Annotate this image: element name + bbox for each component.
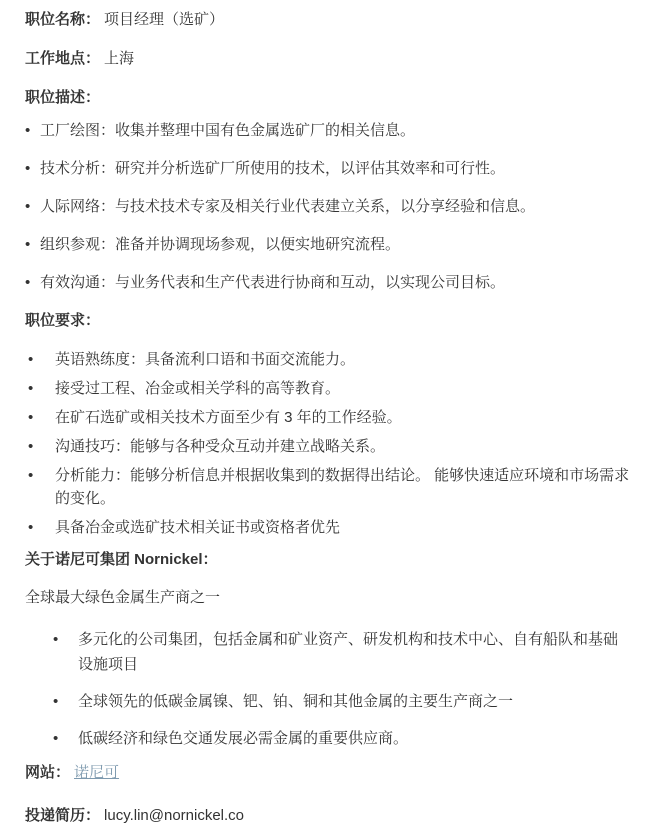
about-heading: 关于诺尼可集团 Nornickel： (25, 550, 632, 570)
bullet-icon: • (25, 121, 30, 141)
list-item: •在矿石选矿或相关技术方面至少有 3 年的工作经验。 (25, 406, 632, 429)
list-item-text: 分析能力：能够分析信息并根据收集到的数据得出结论。 能够快速适应环境和市场需求的… (55, 467, 629, 507)
website-row: 网站：诺尼可 (25, 763, 632, 783)
list-item-text: 全球领先的低碳金属镍、钯、铂、铜和其他金属的主要生产商之一 (78, 693, 513, 710)
website-link[interactable]: 诺尼可 (74, 764, 119, 781)
list-item-text: 有效沟通：与业务代表和生产代表进行协商和互动，以实现公司目标。 (40, 274, 505, 291)
bullet-icon: • (53, 726, 58, 751)
list-item: •工厂绘图：收集并整理中国有色金属选矿厂的相关信息。 (25, 121, 632, 141)
list-item: •接受过工程、冶金或相关学科的高等教育。 (25, 377, 632, 400)
list-item-text: 组织参观：准备并协调现场参观，以便实地研究流程。 (40, 236, 400, 253)
list-item-text: 在矿石选矿或相关技术方面至少有 3 年的工作经验。 (55, 409, 402, 426)
description-list: •工厂绘图：收集并整理中国有色金属选矿厂的相关信息。 •技术分析：研究并分析选矿… (25, 121, 632, 293)
requirements-heading: 职位要求： (25, 311, 632, 331)
list-item-text: 低碳经济和绿色交通发展必需金属的重要供应商。 (78, 730, 408, 747)
bullet-icon: • (28, 348, 33, 371)
list-item: •多元化的公司集团，包括金属和矿业资产、研发机构和技术中心、自有船队和基础设施项… (25, 627, 632, 677)
about-intro: 全球最大绿色金属生产商之一 (25, 588, 632, 608)
list-item-text: 沟通技巧：能够与各种受众互动并建立战略关系。 (55, 438, 385, 455)
website-label: 网站： (25, 764, 70, 781)
bullet-icon: • (53, 627, 58, 652)
list-item: •全球领先的低碳金属镍、钯、铂、铜和其他金属的主要生产商之一 (25, 689, 632, 714)
bullet-icon: • (25, 159, 30, 179)
location-label: 工作地点： (25, 50, 100, 67)
list-item: •具备冶金或选矿技术相关证书或资格者优先 (25, 516, 632, 539)
bullet-icon: • (28, 377, 33, 400)
list-item: •技术分析：研究并分析选矿厂所使用的技术，以评估其效率和可行性。 (25, 159, 632, 179)
list-item-text: 技术分析：研究并分析选矿厂所使用的技术，以评估其效率和可行性。 (40, 160, 505, 177)
requirements-list: •英语熟练度：具备流利口语和书面交流能力。 •接受过工程、冶金或相关学科的高等教… (25, 348, 632, 539)
list-item-text: 接受过工程、冶金或相关学科的高等教育。 (55, 380, 340, 397)
list-item: •有效沟通：与业务代表和生产代表进行协商和互动，以实现公司目标。 (25, 273, 632, 293)
list-item-text: 多元化的公司集团，包括金属和矿业资产、研发机构和技术中心、自有船队和基础设施项目 (78, 631, 618, 673)
location-value: 上海 (104, 50, 134, 67)
about-list: •多元化的公司集团，包括金属和矿业资产、研发机构和技术中心、自有船队和基础设施项… (25, 627, 632, 751)
job-title-value: 项目经理（选矿） (104, 11, 224, 28)
location-row: 工作地点：上海 (25, 49, 632, 69)
apply-email: lucy.lin@nornickel.co (104, 807, 244, 824)
list-item-text: 具备冶金或选矿技术相关证书或资格者优先 (55, 519, 340, 536)
list-item: •组织参观：准备并协调现场参观，以便实地研究流程。 (25, 235, 632, 255)
list-item: •人际网络：与技术技术专家及相关行业代表建立关系，以分享经验和信息。 (25, 197, 632, 217)
bullet-icon: • (53, 689, 58, 714)
list-item-text: 英语熟练度：具备流利口语和书面交流能力。 (55, 351, 355, 368)
bullet-icon: • (28, 406, 33, 429)
bullet-icon: • (28, 516, 33, 539)
job-title-label: 职位名称： (25, 11, 100, 28)
list-item: •英语熟练度：具备流利口语和书面交流能力。 (25, 348, 632, 371)
apply-label: 投递简历： (25, 807, 100, 824)
description-heading: 职位描述： (25, 88, 632, 108)
list-item: •沟通技巧：能够与各种受众互动并建立战略关系。 (25, 435, 632, 458)
job-posting-document: 职位名称：项目经理（选矿） 工作地点：上海 职位描述： •工厂绘图：收集并整理中… (0, 0, 650, 840)
bullet-icon: • (25, 273, 30, 293)
bullet-icon: • (25, 235, 30, 255)
bullet-icon: • (25, 197, 30, 217)
list-item: •分析能力：能够分析信息并根据收集到的数据得出结论。 能够快速适应环境和市场需求… (25, 464, 632, 510)
apply-row: 投递简历：lucy.lin@nornickel.co (25, 806, 632, 826)
bullet-icon: • (28, 435, 33, 458)
list-item-text: 人际网络：与技术技术专家及相关行业代表建立关系，以分享经验和信息。 (40, 198, 535, 215)
list-item: •低碳经济和绿色交通发展必需金属的重要供应商。 (25, 726, 632, 751)
job-title-row: 职位名称：项目经理（选矿） (25, 10, 632, 30)
bullet-icon: • (28, 464, 33, 487)
list-item-text: 工厂绘图：收集并整理中国有色金属选矿厂的相关信息。 (40, 122, 415, 139)
